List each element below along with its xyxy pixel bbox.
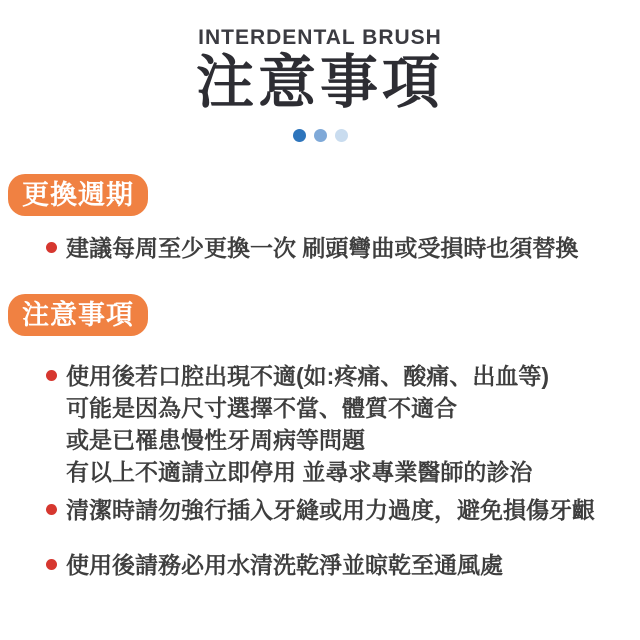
list-item-text: 清潔時請勿強行插入牙縫或用力過度，避免損傷牙齦	[66, 494, 595, 526]
dot-icon-2	[314, 129, 327, 142]
text-line: 建議每周至少更換一次 刷頭彎曲或受損時也須替換	[66, 232, 578, 264]
infographic-poster: INTERDENTAL BRUSH 注意事項 更換週期 建議每周至少更換一次 刷…	[0, 0, 640, 640]
header-subtitle: INTERDENTAL BRUSH	[0, 0, 640, 49]
list-item-text: 使用後若口腔出現不適(如:疼痛、酸痛、出血等) 可能是因為尺寸選擇不當、體質不適…	[66, 360, 549, 488]
list-item: 使用後請務必用水清洗乾淨並晾乾至通風處	[46, 549, 630, 581]
text-line: 使用後請務必用水清洗乾淨並晾乾至通風處	[66, 549, 503, 581]
bullet-icon	[46, 370, 57, 381]
bullet-icon	[46, 504, 57, 515]
text-line: 可能是因為尺寸選擇不當、體質不適合	[66, 392, 549, 424]
section-precautions-header: 注意事項	[8, 294, 640, 336]
text-line: 或是已罹患慢性牙周病等問題	[66, 424, 549, 456]
section-badge-replacement-cycle: 更換週期	[8, 174, 148, 216]
text-line: 清潔時請勿強行插入牙縫或用力過度，避免損傷牙齦	[66, 494, 595, 526]
list-item: 使用後若口腔出現不適(如:疼痛、酸痛、出血等) 可能是因為尺寸選擇不當、體質不適…	[46, 360, 630, 488]
text-line: 有以上不適請立即停用 並尋求專業醫師的診治	[66, 456, 549, 488]
bullet-icon	[46, 559, 57, 570]
dot-icon-1	[293, 129, 306, 142]
section-replacement-cycle-header: 更換週期	[8, 174, 640, 216]
list-item: 建議每周至少更換一次 刷頭彎曲或受損時也須替換	[46, 232, 630, 264]
section-badge-precautions: 注意事項	[8, 294, 148, 336]
list-item-text: 使用後請務必用水清洗乾淨並晾乾至通風處	[66, 549, 503, 581]
page-title: 注意事項	[0, 51, 640, 115]
list-item-text: 建議每周至少更換一次 刷頭彎曲或受損時也須替換	[66, 232, 578, 264]
progress-dots	[0, 129, 640, 142]
dot-icon-3	[335, 129, 348, 142]
bullet-icon	[46, 242, 57, 253]
text-line: 使用後若口腔出現不適(如:疼痛、酸痛、出血等)	[66, 360, 549, 392]
list-item: 清潔時請勿強行插入牙縫或用力過度，避免損傷牙齦	[46, 494, 630, 526]
